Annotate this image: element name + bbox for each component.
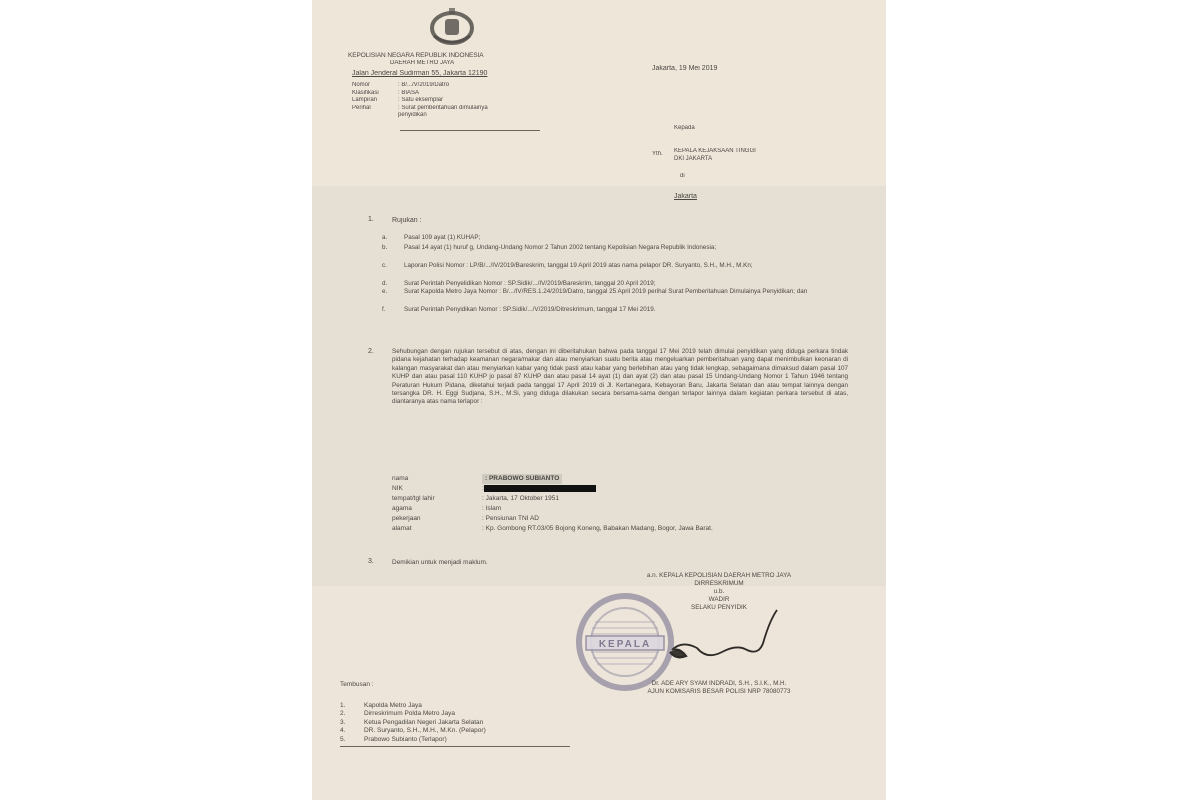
identity-row: tempat/tgl lahir: Jakarta, 17 Oktober 19… [392,494,852,504]
meta-row: Klasifikasi: BIASA [352,90,548,98]
reference-item: d.Surat Perintah Penyelidikan Nomor : SP… [382,280,844,288]
tembusan-item: 4.DR. Suryanto, S.H., M.H., M.Kn. (Pelap… [340,727,486,735]
meta-key: Lampiran [352,97,398,105]
meta-underline [400,130,540,131]
recipient-address: KEPALA KEJAKSAAN TINGGI DKI JAKARTA [674,148,756,163]
identity-key: NIK [392,484,482,494]
reference-item: a.Pasal 109 ayat (1) KUHAP; [382,234,844,243]
recipient-kepada: Kepada [674,124,695,133]
redaction-bar [484,485,596,492]
identity-row: agama: Islam [392,504,852,514]
signature-title-line: a.n. KEPALA KEPOLISIAN DAERAH METRO JAYA [604,572,834,580]
meta-value: : Satu eksemplar [398,97,548,105]
signatory-name: Dr. ADE ARY SYAM INDRADI, S.H., S.I.K., … [604,680,834,688]
reference-letter: a. [382,234,387,243]
letterhead-address: Jalan Jenderal Sudirman 55, Jakarta 1219… [352,69,487,78]
identity-value: : Kp. Gombong RT.03/05 Bojong Koneng, Ba… [482,524,713,534]
meta-value: penyidikan [398,112,548,120]
identity-value: : Pensiunan TNI AD [482,514,539,524]
reference-item: e.Surat Kapolda Metro Jaya Nomor : B/...… [382,288,844,306]
section-1-title: Rujukan : [392,216,422,225]
tembusan-item: 2.Dirreskrimum Polda Metro Jaya [340,710,486,718]
identity-key: agama [392,504,482,514]
meta-key: Klasifikasi [352,90,398,98]
tembusan-list: 1.Kapolda Metro Jaya2.Dirreskrimum Polda… [340,702,486,744]
meta-key: Nomor [352,82,398,90]
signatory-block: Dr. ADE ARY SYAM INDRADI, S.H., S.I.K., … [604,680,854,696]
tembusan-number: 5. [340,736,364,744]
meta-value: : BIASA [398,90,548,98]
tembusan-number: 1. [340,702,364,710]
reference-letter: b. [382,244,387,253]
tembusan-text: Dirreskrimum Polda Metro Jaya [364,710,455,718]
identity-key: tempat/tgl lahir [392,494,482,504]
identity-value: : Islam [482,504,501,514]
meta-row: Perihal: Surat pemberitahuan dimulainya [352,105,548,113]
reference-text: Surat Kapolda Metro Jaya Nomor : B/.../I… [404,288,844,297]
tembusan-item: 5.Prabowo Subianto (Terlapor) [340,736,486,744]
tembusan-text: Prabowo Subianto (Terlapor) [364,736,447,744]
section-2-body: Sehubungan dengan rujukan tersebut di at… [392,348,848,407]
identity-key: pekerjaan [392,514,482,524]
reference-letter: e. [382,288,387,297]
recipient-line-1: KEPALA KEJAKSAAN TINGGI [674,148,756,156]
signature-title-line: DIRRESKRIMUM [604,580,834,588]
tembusan-number: 2. [340,710,364,718]
reference-letter: f. [382,306,386,315]
identity-row: pekerjaan: Pensiunan TNI AD [392,514,852,524]
identity-row: nama: PRABOWO SUBIANTO [392,474,852,484]
suspect-identity: nama: PRABOWO SUBIANTONIK:tempat/tgl lah… [392,474,852,534]
tembusan-item: 3.Ketua Pengadilan Negeri Jakarta Selata… [340,719,486,727]
recipient-yth: Yth. [652,150,663,159]
letter-meta: Nomor: B/.../V/2019/DatroKlasifikasi: BI… [352,82,548,120]
tembusan-underline [340,746,570,747]
recipient-place: Jakarta [674,192,697,201]
reference-text: Laporan Polisi Nomor : LP/B/.../IV/2019/… [404,262,844,271]
tembusan-text: DR. Suryanto, S.H., M.H., M.Kn. (Pelapor… [364,727,486,735]
reference-text: Pasal 109 ayat (1) KUHAP; [404,234,844,243]
reference-letter: c. [382,262,387,271]
handwritten-signature-icon [652,600,802,670]
section-3-number: 3. [368,558,374,565]
recipient-line-2: DKI JAKARTA [674,156,756,164]
section-1-number: 1. [368,216,374,223]
meta-value: : Surat pemberitahuan dimulainya [398,105,548,113]
meta-row: Nomor: B/.../V/2019/Datro [352,82,548,90]
identity-key: nama [392,474,482,484]
meta-row: Lampiran: Satu eksemplar [352,97,548,105]
svg-text:KEPALA: KEPALA [599,639,651,650]
signatory-rank: AJUN KOMISARIS BESAR POLISI NRP 78080773 [604,688,834,696]
tembusan-text: Ketua Pengadilan Negeri Jakarta Selatan [364,719,483,727]
identity-row: alamat: Kp. Gombong RT.03/05 Bojong Kone… [392,524,852,534]
tembusan-item: 1.Kapolda Metro Jaya [340,702,486,710]
tembusan-text: Kapolda Metro Jaya [364,702,422,710]
reference-item: b.Pasal 14 ayat (1) huruf g, Undang-Unda… [382,244,844,262]
closing-statement: Demikian untuk menjadi maklum. [392,558,488,567]
letterhead-region: DAERAH METRO JAYA [390,59,454,68]
reference-text: Surat Perintah Penyidikan Nomor : SP.Sid… [404,306,844,315]
letter-date: Jakarta, 19 Mei 2019 [652,64,717,73]
reference-item: f.Surat Perintah Penyidikan Nomor : SP.S… [382,306,844,315]
reference-text: Pasal 14 ayat (1) huruf g, Undang-Undang… [404,244,844,253]
tembusan-number: 4. [340,727,364,735]
meta-row: penyidikan [352,112,548,120]
meta-key: Perihal [352,105,398,113]
section-2-number: 2. [368,348,374,355]
identity-row: NIK: [392,484,852,494]
identity-value: : PRABOWO SUBIANTO [482,474,562,484]
meta-value: : B/.../V/2019/Datro [398,82,548,90]
letter-document: KEPOLISIAN NEGARA REPUBLIK INDONESIA DAE… [312,0,886,800]
reference-item: c.Laporan Polisi Nomor : LP/B/.../IV/201… [382,262,844,280]
police-emblem-icon [424,6,480,46]
tembusan-title: Tembusan : [340,680,374,689]
identity-value: : Jakarta, 17 Oktober 1951 [482,494,559,504]
meta-key [352,112,398,120]
identity-key: alamat [392,524,482,534]
recipient-di: di [680,172,685,181]
tembusan-number: 3. [340,719,364,727]
